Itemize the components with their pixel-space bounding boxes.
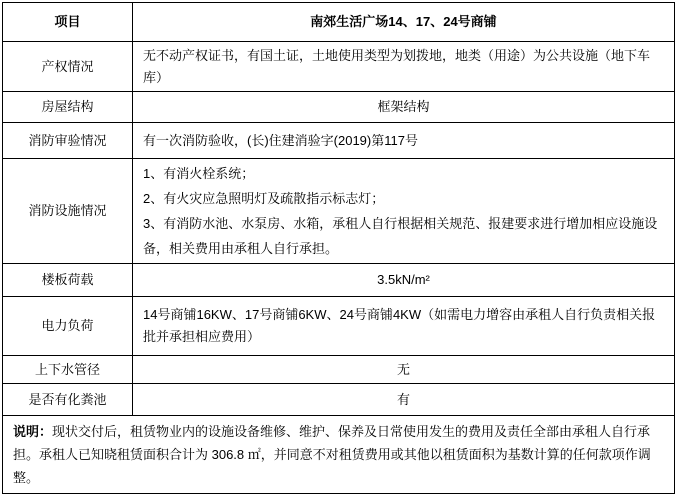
row-label: 是否有化粪池 [3,384,133,416]
table-row-fire-facilities: 消防设施情况 1、有消火栓系统； 2、有火灾应急照明灯及疏散指示标志灯； 3、有… [3,159,675,264]
table-row-septic-tank: 是否有化粪池 有 [3,384,675,416]
row-label: 消防审验情况 [3,123,133,159]
fire-facility-line-2: 2、有火灾应急照明灯及疏散指示标志灯； [143,186,664,211]
row-value: 有一次消防验收，(长)住建消验字(2019)第117号 [133,123,675,159]
table-row-power-load: 电力负荷 14号商铺16KW、17号商铺6KW、24号商铺4KW（如需电力增容由… [3,297,675,356]
property-info-table: 项目 南郊生活广场14、17、24号商铺 产权情况 无不动产权证书，有国土证，土… [2,2,675,494]
table-row-structure: 房屋结构 框架结构 [3,92,675,123]
table-row-water-pipe: 上下水管径 无 [3,356,675,384]
note-text: 现状交付后，租赁物业内的设施设备维修、维护、保养及日常使用发生的费用及责任全部由… [13,424,651,485]
header-value-cell: 南郊生活广场14、17、24号商铺 [133,3,675,42]
row-value: 14号商铺16KW、17号商铺6KW、24号商铺4KW（如需电力增容由承租人自行… [133,297,675,356]
property-info-sheet: 项目 南郊生活广场14、17、24号商铺 产权情况 无不动产权证书，有国土证，土… [2,2,674,494]
table-row-ownership: 产权情况 无不动产权证书，有国土证，土地使用类型为划拨地，地类（用途）为公共设施… [3,42,675,92]
row-value: 无 [133,356,675,384]
row-label: 产权情况 [3,42,133,92]
row-value: 框架结构 [133,92,675,123]
row-value: 无不动产权证书，有国土证，土地使用类型为划拨地，地类（用途）为公共设施（地下车库… [133,42,675,92]
row-label: 房屋结构 [3,92,133,123]
row-label: 电力负荷 [3,297,133,356]
note-label: 说明： [13,424,52,439]
table-row-fire-inspection: 消防审验情况 有一次消防验收，(长)住建消验字(2019)第117号 [3,123,675,159]
row-label: 消防设施情况 [3,159,133,264]
note-cell: 说明：现状交付后，租赁物业内的设施设备维修、维护、保养及日常使用发生的费用及责任… [3,416,675,494]
table-row-floor-load: 楼板荷载 3.5kN/m² [3,264,675,297]
row-value: 有 [133,384,675,416]
row-label: 楼板荷载 [3,264,133,297]
fire-facility-line-1: 1、有消火栓系统； [143,161,664,186]
fire-facility-line-3: 3、有消防水池、水泵房、水箱，承租人自行根据相关规范、报建要求进行增加相应设施设… [143,211,664,261]
row-label: 上下水管径 [3,356,133,384]
row-value: 1、有消火栓系统； 2、有火灾应急照明灯及疏散指示标志灯； 3、有消防水池、水泵… [133,159,675,264]
row-value: 3.5kN/m² [133,264,675,297]
header-label-cell: 项目 [3,3,133,42]
table-row-header: 项目 南郊生活广场14、17、24号商铺 [3,3,675,42]
